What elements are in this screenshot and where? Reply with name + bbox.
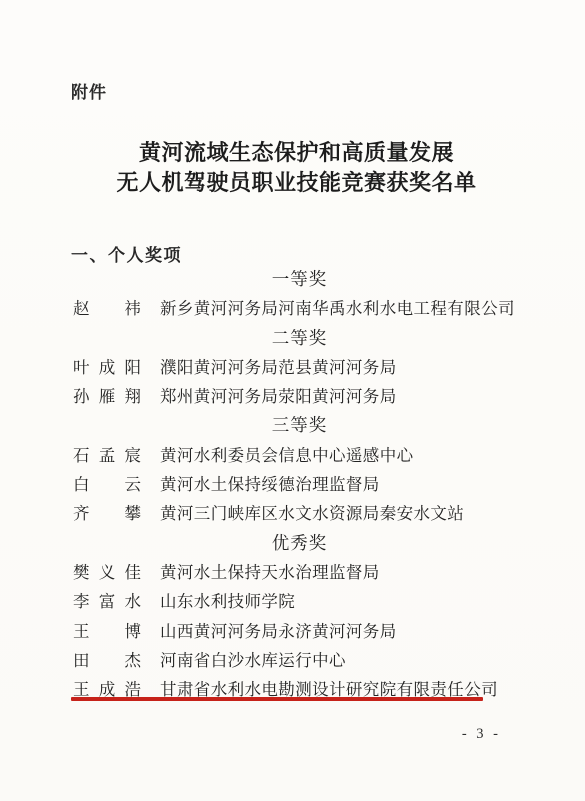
winner-organization: 郑州黄河河务局荥阳黄河河务局 bbox=[160, 383, 397, 407]
winner-organization: 黄河水利委员会信息中心遥感中心 bbox=[160, 442, 414, 466]
award-level-heading: 二等奖 bbox=[0, 323, 585, 352]
winner-organization: 黄河三门峡库区水文水资源局秦安水文站 bbox=[160, 500, 464, 524]
group-rows: 樊义佳 黄河水土保持天水治理监督局 李富水 山东水利技师学院 王博 山西黄河河务… bbox=[0, 557, 585, 703]
winner-row: 王成浩 甘肃省水利水电勘测设计研究院有限责任公司 bbox=[73, 674, 585, 703]
award-group: 二等奖 叶成阳 濮阳黄河河务局范县黄河河务局 孙雁翔 郑州黄河河务局荥阳黄河河务… bbox=[0, 323, 585, 411]
winner-row: 赵祎 新乡黄河河务局河南华禹水利水电工程有限公司 bbox=[73, 293, 585, 322]
winner-row: 樊义佳 黄河水土保持天水治理监督局 bbox=[73, 557, 585, 586]
award-groups: 一等奖 赵祎 新乡黄河河务局河南华禹水利水电工程有限公司 二等奖 叶成阳 濮阳黄… bbox=[0, 264, 585, 703]
group-rows: 赵祎 新乡黄河河务局河南华禹水利水电工程有限公司 bbox=[0, 293, 585, 322]
award-group: 三等奖 石孟宸 黄河水利委员会信息中心遥感中心 白云 黄河水土保持绥德治理监督局… bbox=[0, 410, 585, 527]
attachment-label: 附件 bbox=[71, 78, 107, 103]
group-rows: 石孟宸 黄河水利委员会信息中心遥感中心 白云 黄河水土保持绥德治理监督局 齐攀 … bbox=[0, 440, 585, 528]
winner-row: 田杰 河南省白沙水库运行中心 bbox=[73, 645, 585, 674]
winner-name: 王博 bbox=[73, 618, 141, 642]
award-level-heading: 一等奖 bbox=[0, 264, 585, 293]
winner-row: 李富水 山东水利技师学院 bbox=[73, 586, 585, 615]
winner-name: 李富水 bbox=[73, 588, 141, 612]
page-number: - 3 - bbox=[462, 726, 501, 743]
winner-row: 齐攀 黄河三门峡库区水文水资源局秦安水文站 bbox=[73, 498, 585, 527]
winner-organization: 河南省白沙水库运行中心 bbox=[160, 647, 346, 671]
winner-name: 齐攀 bbox=[73, 500, 141, 524]
winner-row: 王博 山西黄河河务局永济黄河河务局 bbox=[73, 616, 585, 645]
winner-row: 白云 黄河水土保持绥德治理监督局 bbox=[73, 469, 585, 498]
winner-name: 樊义佳 bbox=[73, 559, 141, 583]
winner-organization: 新乡黄河河务局河南华禹水利水电工程有限公司 bbox=[160, 295, 515, 319]
award-group: 优秀奖 樊义佳 黄河水土保持天水治理监督局 李富水 山东水利技师学院 王博 山西… bbox=[0, 528, 585, 704]
winner-organization: 濮阳黄河河务局范县黄河河务局 bbox=[160, 354, 397, 378]
winner-organization: 山东水利技师学院 bbox=[160, 588, 295, 612]
winner-row: 石孟宸 黄河水利委员会信息中心遥感中心 bbox=[73, 440, 585, 469]
document-title-line2: 无人机驾驶员职业技能竞赛获奖名单 bbox=[8, 168, 585, 198]
document-title: 黄河流域生态保护和高质量发展 无人机驾驶员职业技能竞赛获奖名单 bbox=[0, 138, 585, 198]
document-title-line1: 黄河流域生态保护和高质量发展 bbox=[8, 138, 585, 168]
winner-row: 孙雁翔 郑州黄河河务局荥阳黄河河务局 bbox=[73, 381, 585, 410]
award-level-heading: 三等奖 bbox=[0, 410, 585, 439]
winner-name: 田杰 bbox=[73, 647, 141, 671]
winner-row: 叶成阳 濮阳黄河河务局范县黄河河务局 bbox=[73, 352, 585, 381]
winner-organization: 黄河水土保持绥德治理监督局 bbox=[160, 471, 380, 495]
winner-name: 赵祎 bbox=[73, 295, 141, 319]
group-rows: 叶成阳 濮阳黄河河务局范县黄河河务局 孙雁翔 郑州黄河河务局荥阳黄河河务局 bbox=[0, 352, 585, 411]
winner-name: 孙雁翔 bbox=[73, 383, 141, 407]
award-level-heading: 优秀奖 bbox=[0, 528, 585, 557]
winner-name: 石孟宸 bbox=[73, 442, 141, 466]
red-underline-annotation bbox=[71, 697, 483, 701]
winner-organization: 黄河水土保持天水治理监督局 bbox=[160, 559, 380, 583]
award-group: 一等奖 赵祎 新乡黄河河务局河南华禹水利水电工程有限公司 bbox=[0, 264, 585, 323]
section-heading-individual-awards: 一、个人奖项 bbox=[71, 241, 182, 266]
winner-name: 叶成阳 bbox=[73, 354, 141, 378]
winner-organization: 山西黄河河务局永济黄河河务局 bbox=[160, 618, 397, 642]
winner-name: 白云 bbox=[73, 471, 141, 495]
scanned-document-page: 附件 黄河流域生态保护和高质量发展 无人机驾驶员职业技能竞赛获奖名单 一、个人奖… bbox=[0, 0, 585, 801]
